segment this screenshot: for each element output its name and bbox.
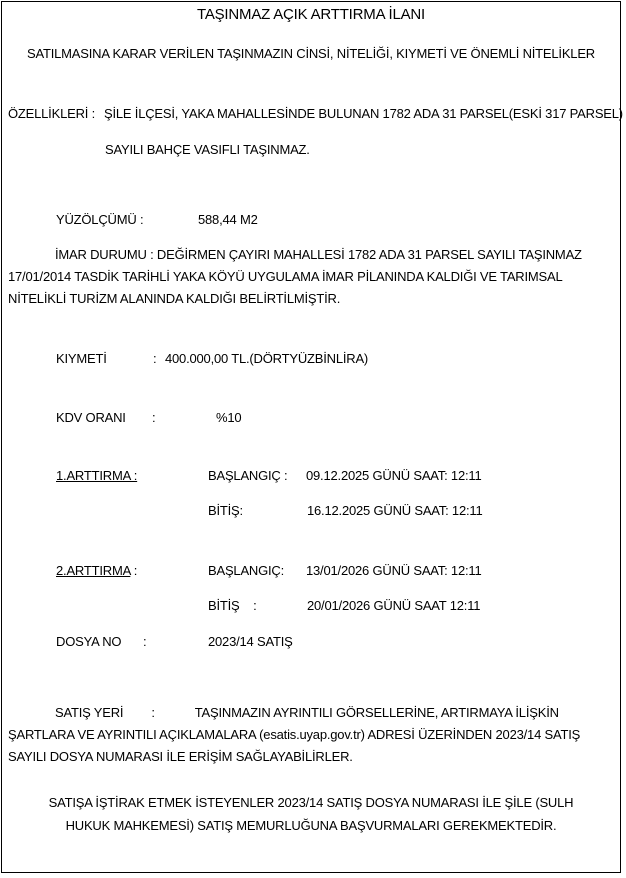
dosya-colon: : — [143, 634, 146, 650]
satis-yeri-paragraph: SATIŞ YERİ:TAŞINMAZIN AYRINTILI GÖRSELLE… — [8, 702, 616, 768]
arttirma2-label: 2.ARTTIRMA — [56, 563, 130, 578]
kiymeti-value: 400.000,00 TL.(DÖRTYÜZBİNLİRA) — [165, 351, 368, 367]
arttirma2-start-label: BAŞLANGIÇ: — [208, 563, 284, 579]
imar-durumu-text: İMAR DURUMU : DEĞİRMEN ÇAYIRI MAHALLESİ … — [8, 247, 582, 306]
arttirma1-start-value: 09.12.2025 GÜNÜ SAAT: 12:11 — [306, 468, 482, 484]
satis-yeri-label: SATIŞ YERİ — [55, 705, 123, 720]
arttirma1-start-label: BAŞLANGIÇ : — [208, 468, 287, 484]
dosya-value: 2023/14 SATIŞ — [208, 634, 293, 650]
notice-subtitle: SATILMASINA KARAR VERİLEN TAŞINMAZIN CİN… — [0, 46, 622, 62]
footer-line1: SATIŞA İŞTİRAK ETMEK İSTEYENLER 2023/14 … — [0, 795, 622, 811]
kdv-label: KDV ORANI — [56, 410, 126, 426]
arttirma1-end-value: 16.12.2025 GÜNÜ SAAT: 12:11 — [307, 503, 483, 519]
notice-title: TAŞINMAZ AÇIK ARTTIRMA İLANI — [0, 7, 622, 23]
ozellikler-line2: SAYILI BAHÇE VASIFLI TAŞINMAZ. — [105, 142, 310, 158]
dosya-label: DOSYA NO — [56, 634, 121, 650]
kdv-colon: : — [152, 410, 155, 426]
arttirma1-end-label: BİTİŞ: — [208, 503, 243, 519]
ozellikler-label: ÖZELLİKLERİ : — [8, 106, 95, 122]
kiymeti-label: KIYMETİ — [56, 351, 107, 367]
kiymeti-colon: : — [153, 351, 156, 367]
arttirma1-label: 1.ARTTIRMA : — [56, 468, 137, 484]
yuzolcumu-value: 588,44 M2 — [198, 212, 258, 228]
arttirma2-end-value: 20/01/2026 GÜNÜ SAAT 12:11 — [307, 598, 480, 614]
arttirma2-label-wrap: 2.ARTTIRMA : — [56, 563, 137, 579]
satis-yeri-colon: : — [151, 705, 154, 720]
arttirma2-label-suffix: : — [130, 563, 137, 578]
footer-line2: HUKUK MAHKEMESİ) SATIŞ MEMURLUĞUNA BAŞVU… — [0, 818, 622, 834]
arttirma2-end-label: BİTİŞ : — [208, 598, 257, 614]
ozellikler-line1: ŞİLE İLÇESİ, YAKA MAHALLESİNDE BULUNAN 1… — [104, 106, 623, 122]
arttirma2-start-value: 13/01/2026 GÜNÜ SAAT: 12:11 — [306, 563, 482, 579]
imar-durumu-paragraph: İMAR DURUMU : DEĞİRMEN ÇAYIRI MAHALLESİ … — [8, 244, 616, 310]
kdv-value: %10 — [216, 410, 241, 426]
yuzolcumu-label: YÜZÖLÇÜMÜ : — [56, 212, 143, 228]
